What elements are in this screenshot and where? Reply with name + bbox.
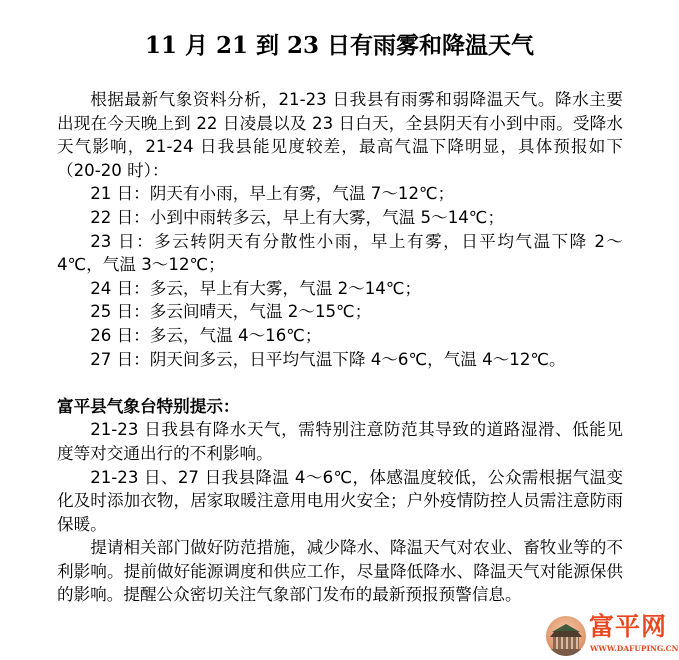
- watermark-logo: 富平网 WWW.DAFUPING.CN: [546, 616, 676, 658]
- article-body: 根据最新气象资料分析，21-23 日我县有雨雾和弱降温天气。降水主要出现在今天晚…: [57, 88, 623, 607]
- forecast-item: 21 日：阴天有小雨，早上有雾，气温 7～12℃；: [57, 182, 623, 206]
- notice-paragraph: 提请相关部门做好防范措施，减少降水、降温天气对农业、畜牧业等的不利影响。提前做好…: [57, 536, 623, 607]
- forecast-item: 26 日：多云，气温 4～16℃；: [57, 324, 623, 348]
- intro-paragraph: 根据最新气象资料分析，21-23 日我县有雨雾和弱降温天气。降水主要出现在今天晚…: [57, 88, 623, 182]
- watermark-name: 富平网: [589, 612, 667, 642]
- forecast-list: 21 日：阴天有小雨，早上有雾，气温 7～12℃； 22 日：小到中雨转多云，早…: [57, 182, 623, 371]
- temple-emblem-icon: [546, 616, 586, 656]
- notice-paragraph: 21-23 日、27 日我县降温 4～6℃，体感温度较低，公众需根据气温变化及时…: [57, 466, 623, 537]
- notice-heading: 富平县气象台特别提示：: [57, 395, 623, 419]
- forecast-item: 25 日：多云间晴天，气温 2～15℃；: [57, 300, 623, 324]
- forecast-item: 27 日：阴天间多云，日平均气温下降 4～6℃，气温 4～12℃。: [57, 348, 623, 372]
- forecast-item: 22 日：小到中雨转多云，早上有大雾，气温 5～14℃；: [57, 206, 623, 230]
- forecast-item: 24 日：多云，早上有大雾，气温 2～14℃；: [57, 277, 623, 301]
- notice-paragraph: 21-23 日我县有降水天气，需特别注意防范其导致的道路湿滑、低能见度等对交通出…: [57, 418, 623, 465]
- spacer: [57, 371, 623, 395]
- watermark-url: WWW.DAFUPING.CN: [590, 644, 678, 653]
- page-title: 11 月 21 到 23 日有雨雾和降温天气: [0, 30, 679, 62]
- forecast-item: 23 日：多云转阴天有分散性小雨，早上有雾，日平均气温下降 2～4℃，气温 3～…: [57, 230, 623, 277]
